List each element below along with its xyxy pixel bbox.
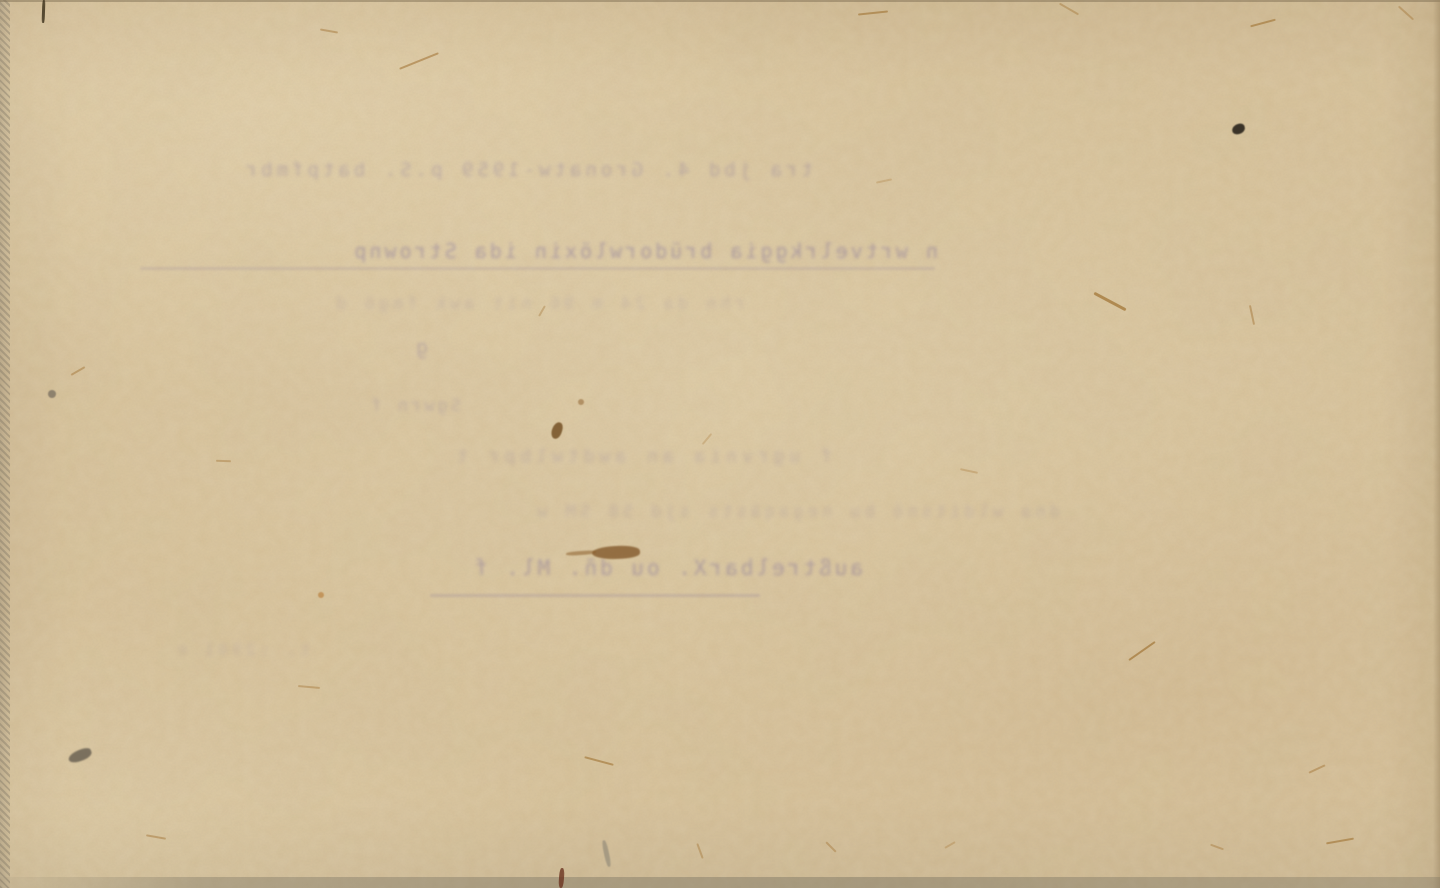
rust-dot <box>578 399 584 405</box>
gray-fiber <box>601 840 612 867</box>
paper-fiber-13 <box>584 756 613 766</box>
bleed-line-4: Sgwrn f <box>336 397 461 427</box>
bleed-line-3: rhn da 24 m 96 nit awk fmgö d <box>285 295 745 327</box>
red-fiber <box>558 868 564 888</box>
paper-fiber-18 <box>696 843 703 859</box>
paper-grain-texture <box>0 0 1440 888</box>
brown-blob-tail <box>566 550 596 556</box>
paper-fiber-1 <box>320 28 338 33</box>
bleed-line-6: dna wlditsnö bu negaqästs sjd 58 SM w <box>300 503 1060 537</box>
paper-fiber-3 <box>1059 3 1079 16</box>
bleed-line-5: f ugrvnia an awdtwlbpr t <box>372 447 832 481</box>
paper-fiber-6 <box>1093 292 1126 312</box>
paper-fiber-4 <box>1250 19 1276 28</box>
scan-edge-top <box>0 0 1440 2</box>
bleed-line-1: tra jbd 4. Gronatw-1959 p.S. batpfmbr <box>168 160 813 198</box>
bleed-line-7: außtrelbarX. ou dñ. Ml. f <box>388 557 863 597</box>
bleed-char-1: g <box>398 336 428 370</box>
paper-fiber-20 <box>944 841 955 849</box>
scan-edge-right <box>1433 0 1440 888</box>
orange-dot <box>318 592 324 598</box>
paper-fiber-22 <box>702 433 713 445</box>
bleed-line-8: t. :2901 e <box>75 641 310 671</box>
paper-fiber-0 <box>399 52 439 70</box>
ink-underline-1 <box>140 267 935 270</box>
paper-fiber-11 <box>960 468 978 474</box>
scanned-paper-page: tra jbd 4. Gronatw-1959 p.S. batpfmbrn w… <box>0 0 1440 888</box>
paper-fiber-12 <box>1128 641 1155 661</box>
paper-fiber-5 <box>1398 6 1414 21</box>
paper-fiber-21 <box>1210 844 1224 851</box>
ink-underline-2 <box>430 594 760 597</box>
scan-edge-bottom <box>0 877 1440 888</box>
paper-fiber-2 <box>858 10 888 15</box>
paper-fiber-16 <box>146 834 166 839</box>
scan-edge-left <box>0 0 10 888</box>
paper-fiber-23 <box>876 178 892 183</box>
brown-speck <box>550 421 565 440</box>
bleed-line-2: n wrtvelrkggia brüdorwlöxin ida Strownp <box>138 240 938 280</box>
paper-fiber-14 <box>298 685 320 689</box>
paper-fiber-19 <box>825 841 836 852</box>
black-speck <box>1231 122 1246 135</box>
paper-fiber-15 <box>1308 764 1325 773</box>
paper-fiber-8 <box>71 366 86 376</box>
paper-fiber-7 <box>1249 305 1255 325</box>
paper-fiber-17 <box>1326 838 1354 845</box>
dark-fiber-speck <box>67 746 93 765</box>
gray-dot <box>48 390 56 398</box>
topleft-fiber <box>42 0 46 23</box>
paper-fiber-9 <box>216 460 231 463</box>
